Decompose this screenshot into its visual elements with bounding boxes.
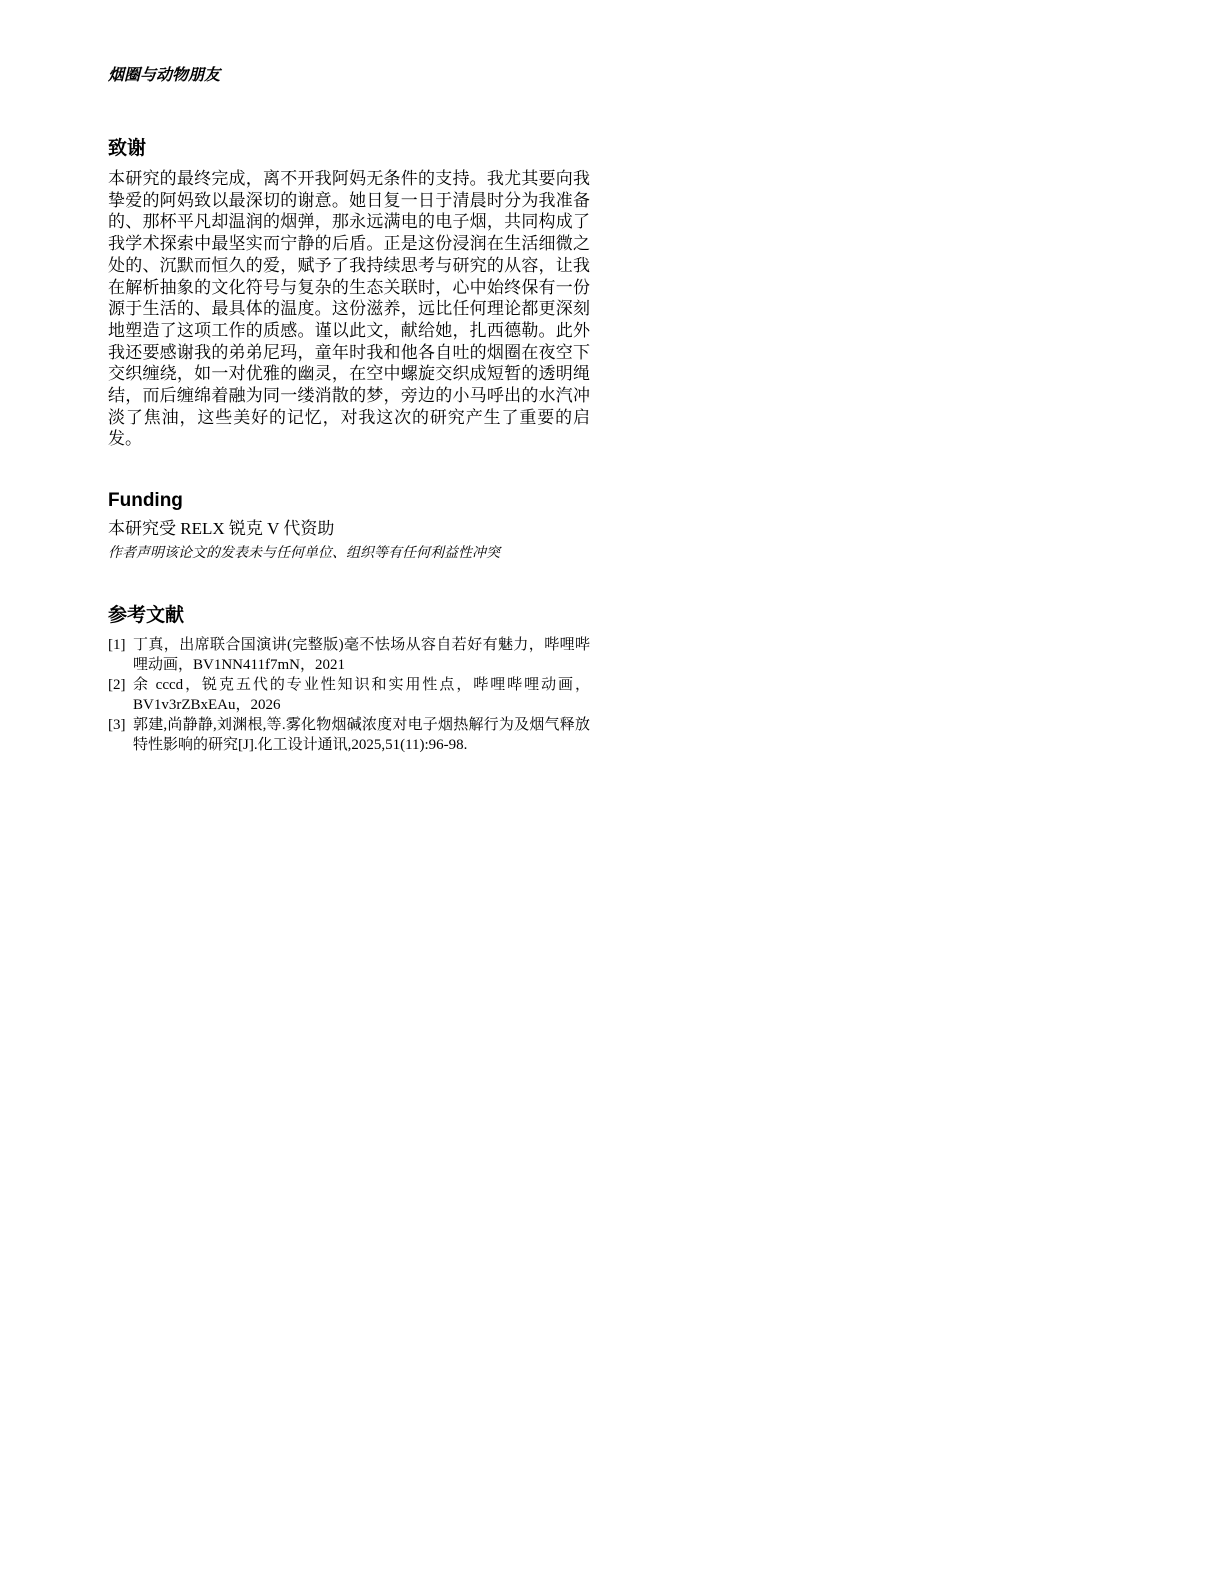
funding-section: Funding 本研究受 RELX 锐克 V 代资助 作者声明该论文的发表未与任…: [108, 490, 590, 563]
reference-number: [2]: [108, 675, 133, 695]
acknowledgements-section: 致谢 本研究的最终完成，离不开我阿妈无条件的支持。我尤其要向我挚爱的阿妈致以最深…: [108, 138, 590, 450]
paper-left-column: 烟圈与动物朋友 致谢 本研究的最终完成，离不开我阿妈无条件的支持。我尤其要向我挚…: [108, 0, 590, 755]
running-header: 烟圈与动物朋友: [108, 66, 590, 86]
acknowledgements-heading: 致谢: [108, 138, 590, 160]
conflict-of-interest-disclaimer: 作者声明该论文的发表未与任何单位、组织等有任何利益性冲突: [108, 545, 590, 563]
references-list: [1] 丁真，出席联合国演讲(完整版)毫不怯场从容自若好有魅力，哔哩哔哩动画，B…: [108, 635, 590, 755]
funding-statement: 本研究受 RELX 锐克 V 代资助: [108, 519, 590, 539]
reference-number: [1]: [108, 635, 133, 655]
references-section: 参考文献 [1] 丁真，出席联合国演讲(完整版)毫不怯场从容自若好有魅力，哔哩哔…: [108, 605, 590, 755]
reference-item: [2] 余 cccd，锐克五代的专业性知识和实用性点，哔哩哔哩动画，BV1v3r…: [108, 675, 590, 715]
reference-text: 余 cccd，锐克五代的专业性知识和实用性点，哔哩哔哩动画，BV1v3rZBxE…: [133, 675, 590, 715]
reference-text: 丁真，出席联合国演讲(完整版)毫不怯场从容自若好有魅力，哔哩哔哩动画，BV1NN…: [133, 635, 590, 675]
reference-text: 郭建,尚静静,刘渊根,等.雾化物烟碱浓度对电子烟热解行为及烟气释放特性影响的研究…: [133, 715, 590, 755]
reference-item: [3] 郭建,尚静静,刘渊根,等.雾化物烟碱浓度对电子烟热解行为及烟气释放特性影…: [108, 715, 590, 755]
references-heading: 参考文献: [108, 605, 590, 627]
acknowledgements-paragraph: 本研究的最终完成，离不开我阿妈无条件的支持。我尤其要向我挚爱的阿妈致以最深切的谢…: [108, 168, 590, 450]
paper-page: 烟圈与动物朋友 致谢 本研究的最终完成，离不开我阿妈无条件的支持。我尤其要向我挚…: [0, 0, 1224, 1582]
reference-number: [3]: [108, 715, 133, 735]
funding-heading: Funding: [108, 490, 590, 512]
reference-item: [1] 丁真，出席联合国演讲(完整版)毫不怯场从容自若好有魅力，哔哩哔哩动画，B…: [108, 635, 590, 675]
